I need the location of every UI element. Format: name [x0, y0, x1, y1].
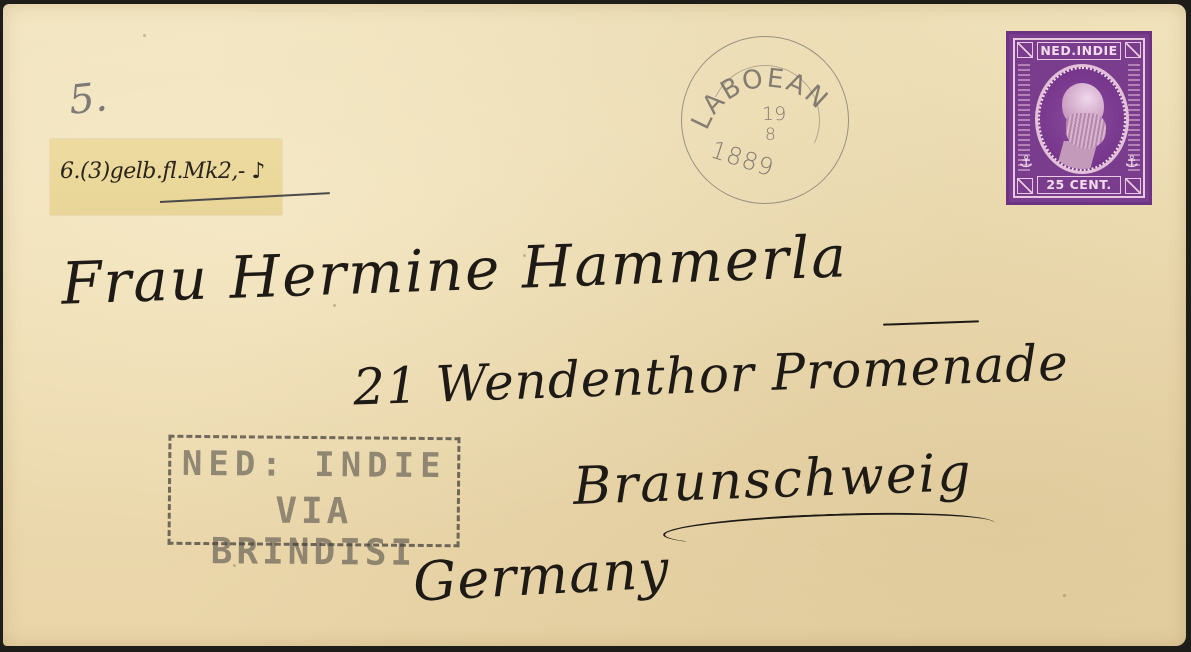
- stamp-corner-icon: [1017, 178, 1033, 194]
- handstamp-line-1: NED: INDIE: [171, 444, 457, 486]
- boxed-handstamp: NED: INDIE VIA BRINDISI: [168, 435, 461, 548]
- stamp-corner-icon: [1125, 42, 1141, 58]
- svg-text:LABOEAN: LABOEAN: [686, 63, 835, 134]
- postmark: LABOEAN 19 8 1889: [681, 36, 849, 204]
- handstamp-line-2: VIA BRINDISI: [170, 490, 457, 574]
- city-underline: [663, 508, 996, 550]
- stamp-corner-icon: [1017, 42, 1033, 58]
- postmark-day: 19: [762, 103, 786, 125]
- anchor-icon: ⚓: [1019, 154, 1033, 170]
- portrait-beard: [1066, 113, 1106, 149]
- postmark-month: 8: [765, 125, 776, 145]
- paper-speck: [1063, 594, 1066, 597]
- portrait-icon: [1038, 67, 1126, 171]
- pencil-note: 5.: [67, 74, 110, 124]
- label-slip-text: 6.(3)gelb.fl.Mk2,- ♪: [60, 159, 265, 184]
- stamp-frame: NED.INDIE ⚓ ⚓ 25 CENT.: [1013, 38, 1145, 198]
- paper-speck: [143, 34, 146, 37]
- pencil-stroke: [160, 192, 330, 202]
- envelope: 5. 6.(3)gelb.fl.Mk2,- ♪ LABOEAN 19 8 188…: [3, 4, 1186, 646]
- stamp-corner-icon: [1125, 178, 1141, 194]
- scene: 5. 6.(3)gelb.fl.Mk2,- ♪ LABOEAN 19 8 188…: [0, 0, 1191, 652]
- stamp-medallion: [1035, 64, 1129, 174]
- postage-stamp: NED.INDIE ⚓ ⚓ 25 CENT.: [1006, 31, 1152, 205]
- address-recipient: Frau Hermine Hammerla: [60, 222, 849, 317]
- address-city: Braunschweig: [572, 443, 973, 517]
- stamp-country: NED.INDIE: [1037, 42, 1121, 60]
- label-slip: 6.(3)gelb.fl.Mk2,- ♪: [50, 139, 282, 215]
- postmark-town: LABOEAN: [686, 63, 835, 134]
- anchor-icon: ⚓: [1125, 154, 1139, 170]
- address-street: 21 Wendenthor Promenade: [352, 334, 1069, 417]
- pen-stroke: [883, 320, 979, 325]
- stamp-value: 25 CENT.: [1037, 176, 1121, 194]
